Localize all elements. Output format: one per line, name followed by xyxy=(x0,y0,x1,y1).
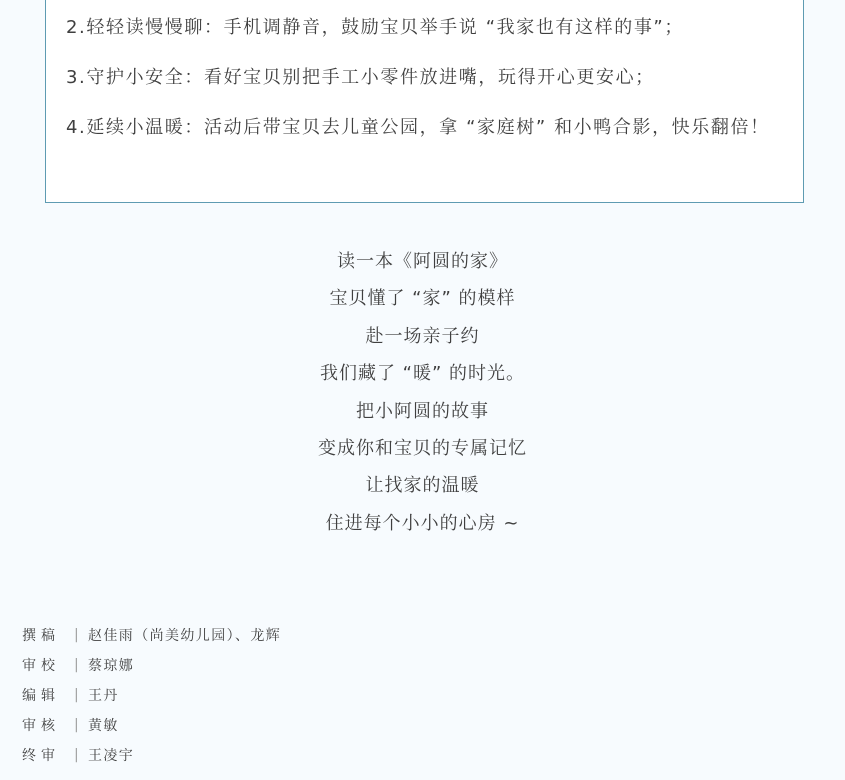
credit-role: 编辑 xyxy=(22,685,74,705)
credit-row-proofreader: 审校 | 蔡琼娜 xyxy=(22,650,281,680)
poem-line: 住进每个小小的心房 ~ xyxy=(0,505,845,542)
tip-item-4: 4.延续小温暖：活动后带宝贝去儿童公园，拿 “家庭树” 和小鸭合影，快乐翻倍！ xyxy=(66,110,787,146)
tip-item-3: 3.守护小安全：看好宝贝别把手工小零件放进嘴，玩得开心更安心； xyxy=(66,60,787,96)
poem-line: 我们藏了 “暖” 的时光。 xyxy=(0,355,845,392)
poem-line: 让找家的温暖 xyxy=(0,467,845,504)
credit-row-reviewer: 审核 | 黄敏 xyxy=(22,710,281,740)
poem-line: 把小阿圆的故事 xyxy=(0,393,845,430)
tip-item-2: 2.轻轻读慢慢聊：手机调静音，鼓励宝贝举手说 “我家也有这样的事”； xyxy=(66,10,787,46)
poem-line: 宝贝懂了 “家” 的模样 xyxy=(0,280,845,317)
credit-separator: | xyxy=(74,627,88,643)
tips-box: 2.轻轻读慢慢聊：手机调静音，鼓励宝贝举手说 “我家也有这样的事”； 3.守护小… xyxy=(45,0,804,203)
credit-role: 撰稿 xyxy=(22,625,74,645)
poem-line: 赴一场亲子约 xyxy=(0,318,845,355)
credit-row-editor: 编辑 | 王丹 xyxy=(22,680,281,710)
credit-separator: | xyxy=(74,657,88,673)
credit-name: 王丹 xyxy=(88,685,119,705)
poem-section: 读一本《阿圆的家》 宝贝懂了 “家” 的模样 赴一场亲子约 我们藏了 “暖” 的… xyxy=(0,243,845,542)
credit-name: 蔡琼娜 xyxy=(88,655,134,675)
credit-name: 王凌宇 xyxy=(88,745,134,765)
credit-row-writer: 撰稿 | 赵佳雨（尚美幼儿园）、龙辉 xyxy=(22,620,281,650)
credit-separator: | xyxy=(74,687,88,703)
poem-line: 读一本《阿圆的家》 xyxy=(0,243,845,280)
credit-role: 审核 xyxy=(22,715,74,735)
credit-separator: | xyxy=(74,747,88,763)
credit-separator: | xyxy=(74,717,88,733)
credit-role: 审校 xyxy=(22,655,74,675)
credit-name: 赵佳雨（尚美幼儿园）、龙辉 xyxy=(88,625,281,645)
credit-name: 黄敏 xyxy=(88,715,119,735)
poem-line: 变成你和宝贝的专属记忆 xyxy=(0,430,845,467)
credit-role: 终审 xyxy=(22,745,74,765)
credits-section: 撰稿 | 赵佳雨（尚美幼儿园）、龙辉 审校 | 蔡琼娜 编辑 | 王丹 审核 |… xyxy=(22,620,281,770)
credit-row-final-reviewer: 终审 | 王凌宇 xyxy=(22,740,281,770)
